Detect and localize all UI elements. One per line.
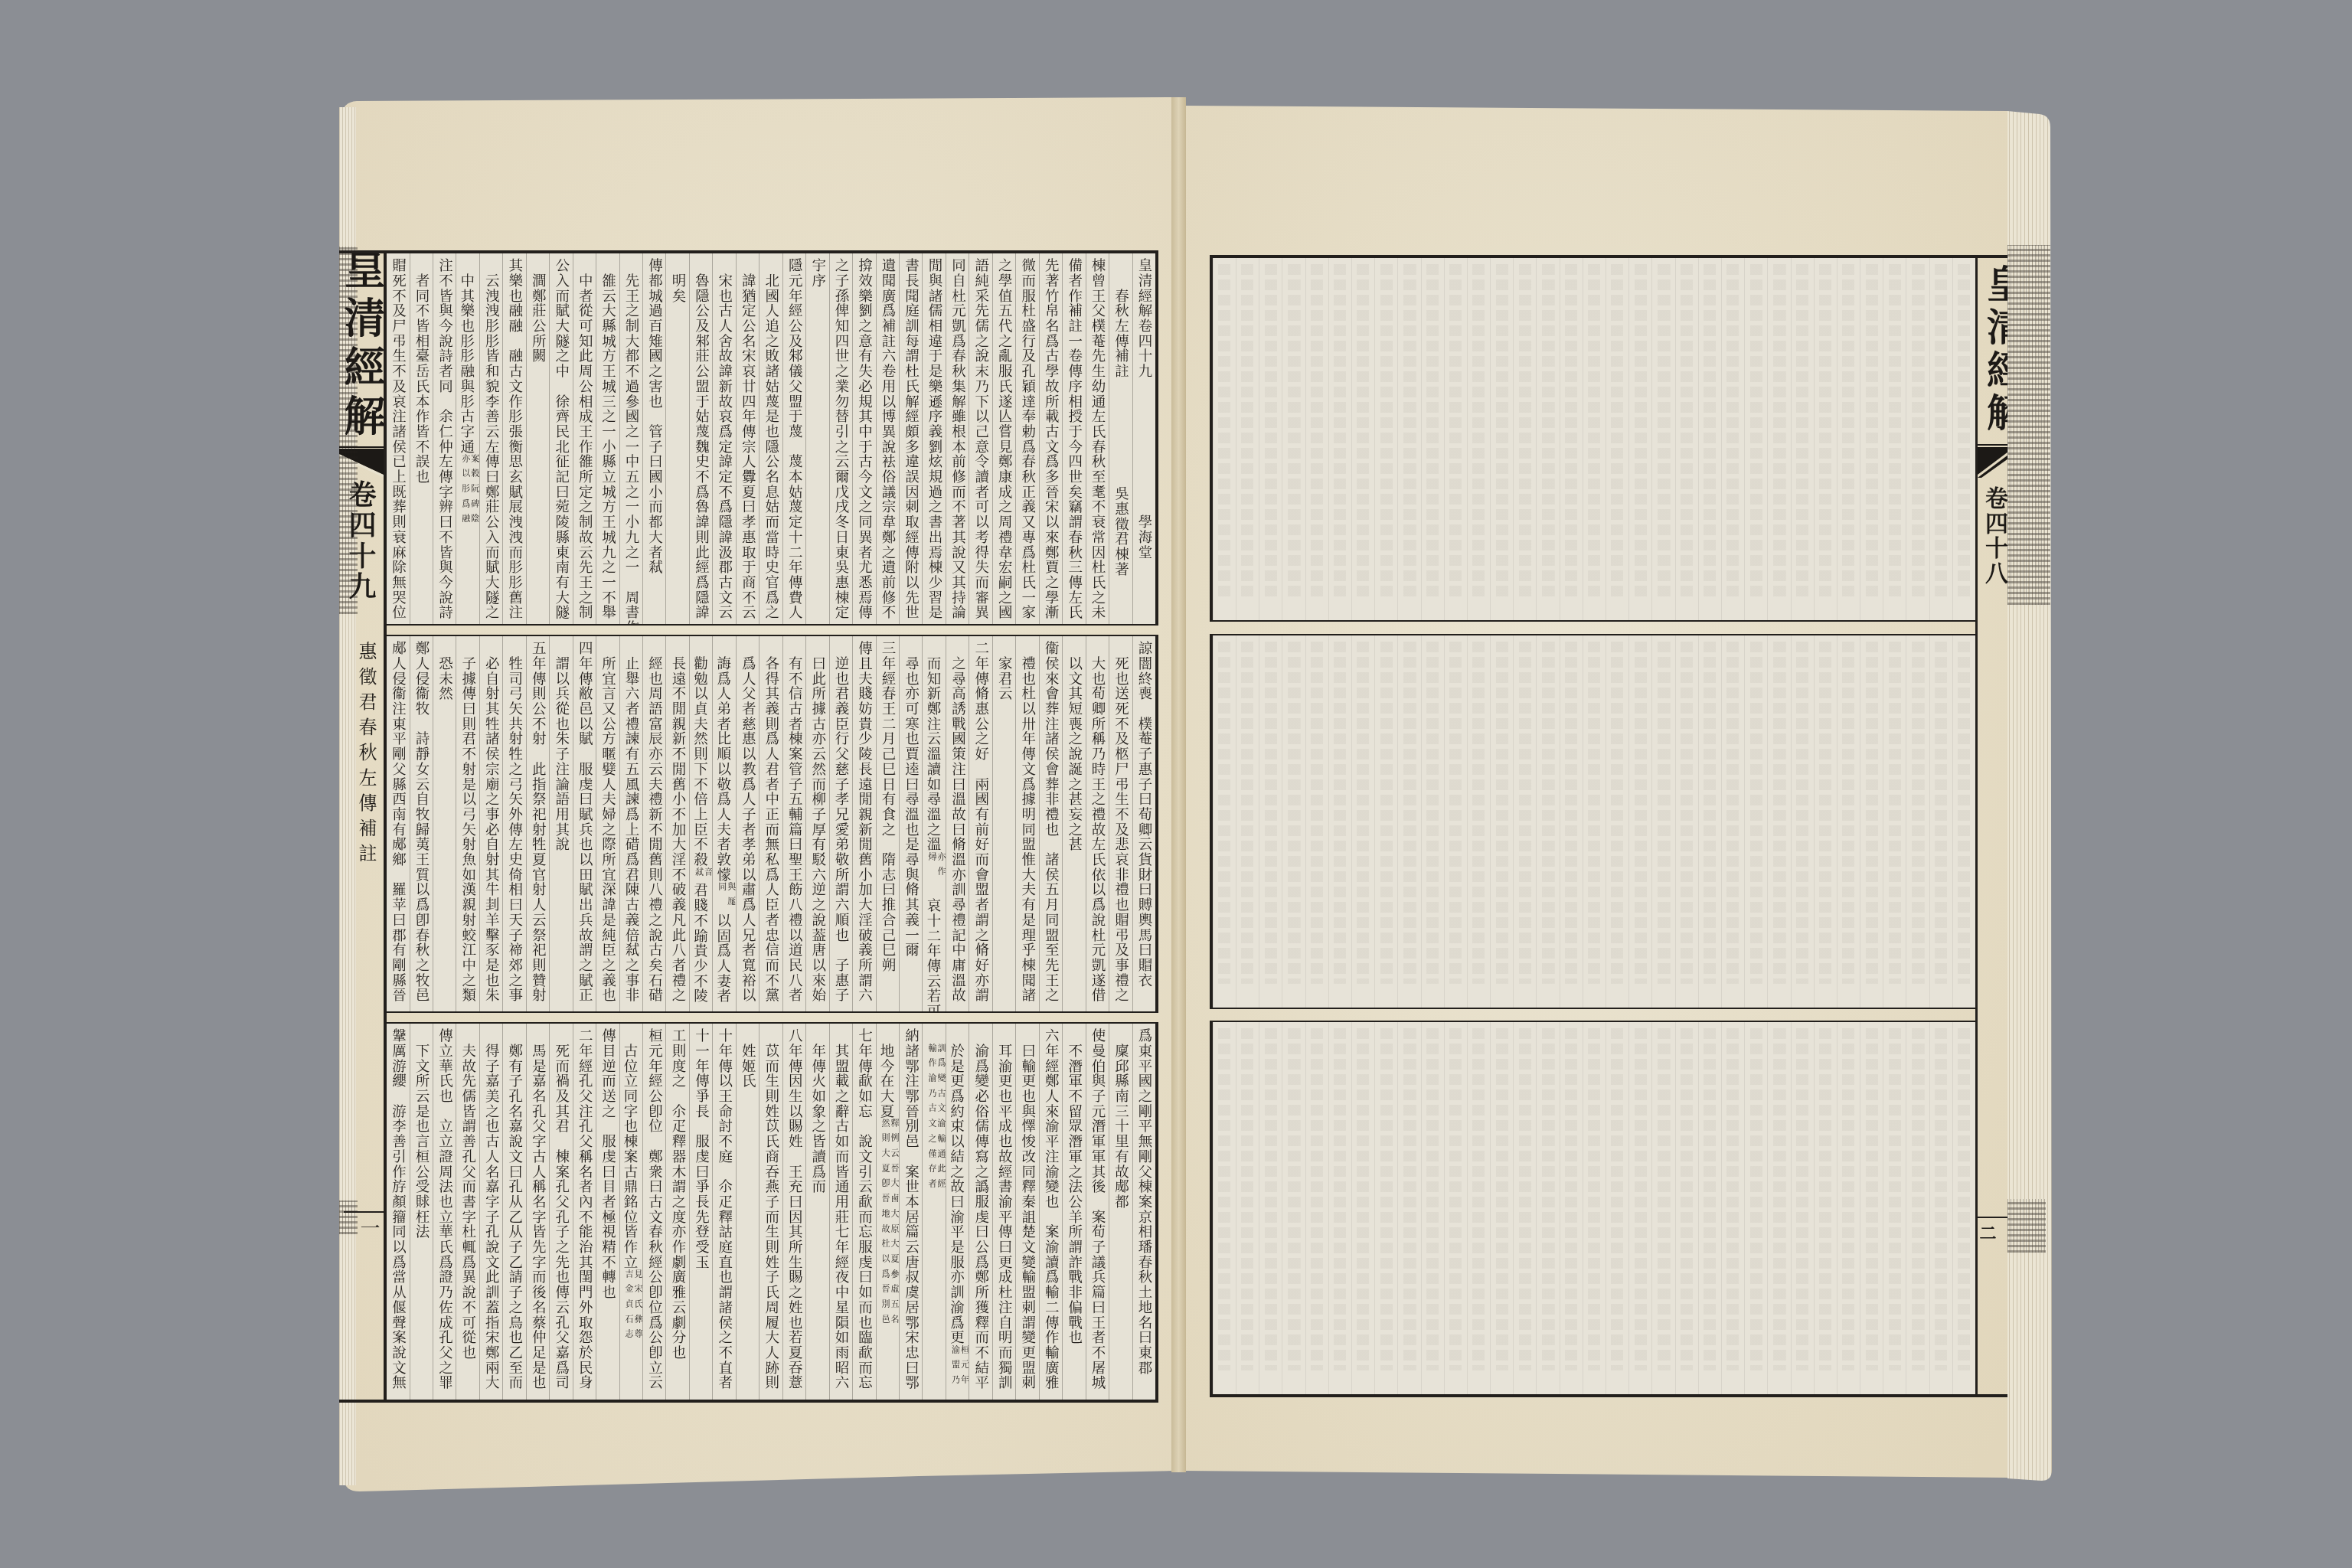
text-column: 宇序 <box>805 253 828 624</box>
text-column: 爲東平國之剛平無剛父棟案京相璠春秋土地名曰東郡 <box>1132 1024 1155 1400</box>
register-middle: 諒闇終喪 樸菴子惠子曰荀卿云貨財曰賻輿馬曰賵衣 死也送死不及柩尸弔生不及悲哀非禮… <box>385 635 1158 1013</box>
text-column <box>1929 258 1952 620</box>
text-column: 澗鄭莊公所闕 <box>526 253 549 624</box>
text-column <box>1651 635 1674 1008</box>
text-column: 子據傳曰則君不射是以弓矢射魚如漢親射蛟江中之類 <box>456 636 479 1011</box>
text-column <box>1606 635 1628 1008</box>
text-column: 爲人父者慈惠以教爲人子者孝弟以肅爲人兄者寬裕以 <box>736 636 759 1011</box>
text-column <box>1351 258 1374 620</box>
text-column: 所宜言又公方暱嬖人夫婦之際所宜深諱是純臣之義也 <box>596 636 619 1011</box>
text-column <box>1744 635 1767 1008</box>
text-column <box>1721 258 1744 620</box>
text-column <box>1490 1022 1513 1394</box>
text-column: 下文所云是也言桓公受賕枉法 <box>410 1024 433 1400</box>
text-column <box>1421 258 1444 620</box>
text-column: 地今在大夏釋例云晉大鹵大原大夏參虛五名然則大夏卽晉地故杜以爲晉別邑 <box>876 1024 899 1400</box>
page-edge-ink-bleed <box>2007 245 2050 605</box>
annotation-note: 案穀阮碑陰亦以肜爲融 <box>461 454 479 531</box>
text-column: 年傳火如象之皆讀爲而 <box>805 1024 828 1400</box>
register-top <box>1210 255 1977 622</box>
text-column <box>1328 1022 1351 1394</box>
text-column <box>1513 1022 1536 1394</box>
text-column <box>1536 1022 1559 1394</box>
column-text: 地今在大夏 <box>878 1028 894 1119</box>
text-column: 魯隱公及邾莊公盟于姑蔑魏史不爲魯諱則此經爲隱諱 <box>689 253 712 624</box>
text-column <box>1791 1022 1814 1394</box>
text-column: 郕人侵衞注東平剛父縣西南有郕鄉 羅苹曰郡有剛縣晉 <box>387 636 409 1011</box>
text-column: 傳立華氏也 立立證周法也立華氏爲證乃佐成孔父之罪 <box>433 1024 456 1400</box>
text-column: 微而服杜盛行及孔穎達奉勅爲春秋正義又專爲杜氏一家 <box>1015 253 1038 624</box>
text-column: 四年傳敝邑以賦 服虔曰賦兵也以田賦出兵故謂之賦正 <box>573 636 596 1011</box>
annotation-note: 音弒 <box>694 867 712 884</box>
text-column: 諒闇終喪 樸菴子惠子曰荀卿云貨財曰賻輿馬曰賵衣 <box>1132 636 1155 1011</box>
text-column <box>1883 258 1906 620</box>
text-column <box>1282 635 1305 1008</box>
text-column <box>1236 1022 1259 1394</box>
text-column <box>1536 258 1559 620</box>
text-column <box>1305 635 1328 1008</box>
text-column: 工則度之 尒疋釋器木謂之度亦作劇廣雅云劇分也 <box>665 1024 688 1400</box>
text-column <box>1860 258 1883 620</box>
text-column: 皇清經解卷四十九學海堂 <box>1132 253 1155 624</box>
text-column: 止舉六者禮諫有五風諫爲上碏爲君陳古義倍弒之事非 <box>619 636 642 1011</box>
text-column: 先著竹帛名爲古學故所載古文爲多晉宋以來鄭賈之學漸 <box>1039 253 1062 624</box>
column-footer-text: 學海堂 <box>1133 514 1155 560</box>
column-text: 中其樂也肜肜融與肜古字通 <box>459 258 475 454</box>
text-column: 春秋左傳補註吳惠徵君棟著 <box>1109 253 1132 624</box>
text-column <box>1328 635 1351 1008</box>
text-column: 衞侯來會葬注諸侯會葬非禮也 諸侯五月同盟至先王之 <box>1039 636 1062 1011</box>
text-column: 而知新鄭注云溫讀如尋溫之溫亦作燖 哀十二年傳云若可 <box>922 636 945 1011</box>
text-column: 雒云大縣城方王城三之一小縣立城方王城九之一不舉 <box>596 253 619 624</box>
text-column: 於是更爲約束以結之故曰渝平是服亦訓渝爲更桓元年渝盟乃 <box>946 1024 969 1400</box>
text-column <box>1860 635 1883 1008</box>
text-column <box>1721 1022 1744 1394</box>
text-column: 之子孫俾知四世之業勿替引之云爾戊戌冬日東吳惠棟定 <box>829 253 852 624</box>
text-column: 遺聞廣爲補註六卷用以博異說袪俗議宗韋鄭之遺前修不 <box>876 253 899 624</box>
text-column: 之尋高誘戰國策注曰溫故曰脩溫亦訓尋禮記中庸溫故 <box>946 636 969 1011</box>
text-column: 備者作補註一卷傳序相授于今四世矣竊謂春秋三傳左氏 <box>1062 253 1085 624</box>
text-column: 者同不皆相臺岳氏本作皆不誤也 <box>410 253 433 624</box>
text-column: 棟曾王父樸菴先生幼通左氏春秋至耄不衰常因杜氏之未 <box>1086 253 1109 624</box>
text-column: 云洩洩肜肜皆和貌李善云左傳曰鄭莊公入而賦大隧之 <box>479 253 502 624</box>
text-column <box>1837 258 1860 620</box>
text-column <box>1814 258 1837 620</box>
text-column: 語純采先儒之說末乃下以己意令讀者可以考得失而審異 <box>969 253 991 624</box>
text-column <box>1490 258 1513 620</box>
column-footer-text: 吳惠徵君棟著 <box>1109 486 1132 577</box>
text-column <box>1952 258 1975 620</box>
text-column <box>1374 1022 1397 1394</box>
fish-tail-icon <box>1978 444 2007 478</box>
text-column: 鄭人侵衞牧 詩靜女云自牧歸荑王質以爲卽春秋之牧邑 <box>410 636 433 1011</box>
text-column <box>1906 635 1929 1008</box>
text-column <box>1467 635 1490 1008</box>
text-column: 各得其義則爲人君者中正而無私爲人臣者忠信而不黨 <box>759 636 782 1011</box>
text-column <box>1767 258 1790 620</box>
text-column: 傳且夫賤妨貴少陵長遠閒親新閒舊小加大淫破義所謂六 <box>852 636 875 1011</box>
text-column: 謂以兵從也朱子注論語用其說 <box>549 636 572 1011</box>
column-text: 哀十二年傳云若可 <box>925 883 941 1011</box>
text-column <box>1952 635 1975 1008</box>
text-column <box>1328 258 1351 620</box>
text-column: 逆也君義臣行父慈子孝兄愛弟敬所謂六順也 子惠子 <box>829 636 852 1011</box>
annotation-note: 訓爲變古文渝輸通此經輸作渝乃古文之僅存者 <box>927 1044 946 1195</box>
text-column <box>1606 258 1628 620</box>
text-column: 先王之制大都不過參國之一中五之一小九之一 周書作 <box>619 253 642 624</box>
text-column: 牲司弓矢共射牲之弓矢外傳左史倚相曰天子禘郊之事 <box>502 636 525 1011</box>
text-column <box>1814 1022 1837 1394</box>
text-column <box>1583 635 1606 1008</box>
text-column: 死而禍及其君 棟案孔父孔子之先也傳云孔父嘉爲司 <box>549 1024 572 1400</box>
text-column: 同自杜元凱爲春秋集解雖根本前修而不著其說又其持論 <box>946 253 969 624</box>
annotation-note: 與厖同 <box>717 882 736 913</box>
text-column <box>1513 258 1536 620</box>
text-column <box>1213 258 1236 620</box>
text-column: 廩邱縣南三十里有故郕都 <box>1109 1024 1132 1400</box>
page-edge-ink-bleed <box>2007 1199 2046 1253</box>
text-column <box>1513 635 1536 1008</box>
annotation-note: 見宋氏彝尊吉金貞石志 <box>624 1269 642 1346</box>
text-column <box>1259 258 1282 620</box>
text-column: 之學值五代之亂服氏遂亾嘗見鄭康成之周禮韋宏嗣之國 <box>992 253 1015 624</box>
text-column <box>1767 1022 1790 1394</box>
text-column <box>1791 258 1814 620</box>
text-column <box>1860 1022 1883 1394</box>
column-text: 古位立同字也棟案古鼎銘位皆作立 <box>622 1028 638 1269</box>
text-column: 二年經孔父注孔父稱名者內不能治其閨門外取怨於民身 <box>573 1024 596 1400</box>
text-column <box>1675 635 1698 1008</box>
text-column: 宋也古人舍故諱新故哀爲定諱定不爲隱諱汲郡古文云 <box>712 253 735 624</box>
text-column: 勸勉以貞夫然則下不倍上臣不殺音弒君賤不踰貴少不陵 <box>689 636 712 1011</box>
page-edge-ink-bleed <box>339 1200 358 1234</box>
text-column <box>1282 258 1305 620</box>
text-column: 注不皆與今說詩者同 余仁仲左傳字辨曰不皆與今說詩 <box>433 253 456 624</box>
text-column: 六年經鄭人來渝平注渝變也 案渝讀爲輸二傳作輸廣雅 <box>1039 1024 1062 1400</box>
text-column: 家君云 <box>992 636 1015 1011</box>
text-column: 恐未然 <box>433 636 456 1011</box>
text-column <box>1883 1022 1906 1394</box>
text-column <box>1397 1022 1420 1394</box>
text-column: 大也荀卿所稱乃時王之禮故左氏依以爲說杜元凱遂借 <box>1086 636 1109 1011</box>
column-text: 誨爲人弟者比順以敬爲人夫者敦懞 <box>715 641 731 882</box>
text-column: 姓姬氏 <box>736 1024 759 1400</box>
text-column: 三年經春王二月己巳日有食之 隋志曰推合己巳朔 <box>876 636 899 1011</box>
text-column: 明矣 <box>665 253 688 624</box>
text-column <box>1397 258 1420 620</box>
text-column <box>1236 635 1259 1008</box>
text-column: 十一年傳爭長 服虔曰爭長先登受玉 <box>689 1024 712 1400</box>
text-column <box>1791 635 1814 1008</box>
text-column <box>1929 635 1952 1008</box>
text-column: 長遠不閒親新不閒舊小不加大淫不破義凡此八者禮之 <box>665 636 688 1011</box>
text-column: 其樂也融融 融古文作肜張衡思玄賦展洩洩而肜肜舊注 <box>502 253 525 624</box>
text-column: 七年傳歃如忘 說文引云歃而忘服虔曰如而也臨歃而忘 <box>852 1024 875 1400</box>
text-column: 諱猶定公名宋哀廿四年傳宗人釁夏曰孝惠取于商不云 <box>736 253 759 624</box>
text-column <box>1744 1022 1767 1394</box>
text-column <box>1444 635 1467 1008</box>
text-column <box>1374 635 1397 1008</box>
register-middle <box>1210 634 1977 1009</box>
text-column <box>1305 1022 1328 1394</box>
text-column <box>1744 258 1767 620</box>
text-column <box>1351 635 1374 1008</box>
text-column <box>1583 1022 1606 1394</box>
text-column <box>1606 1022 1628 1394</box>
text-column <box>1814 635 1837 1008</box>
text-column: 禮也杜以卅年傳文爲據明同盟惟大夫有是理乎棟聞諸 <box>1015 636 1038 1011</box>
register-bottom <box>1210 1021 1977 1397</box>
text-column: 傳目逆而送之 服虔曰目者極視精不轉也 <box>596 1024 619 1400</box>
text-column <box>1421 1022 1444 1394</box>
text-column <box>1952 1022 1975 1394</box>
text-column <box>1213 635 1236 1008</box>
annotation-note: 桓元年渝盟乃 <box>950 1345 969 1391</box>
text-column <box>1906 1022 1929 1394</box>
text-column <box>1560 635 1583 1008</box>
text-column: 公入而賦大隧之中 徐齊民北征記曰菀陵縣東南有大隧 <box>549 253 572 624</box>
text-column: 鄭有子孔名嘉說文曰孔从乙从子乙請子之鳥也乙至而 <box>502 1024 525 1400</box>
annotation-note: 釋例云晉大鹵大原大夏參虛五名然則大夏卽晉地故杜以爲晉別邑 <box>880 1119 899 1331</box>
text-column <box>1213 1022 1236 1394</box>
text-column: 有不信古者棟案管子五輔篇曰聖王飭八禮以道民八者 <box>782 636 805 1011</box>
text-column <box>1698 258 1721 620</box>
column-text: 以固爲人妻者 <box>715 913 731 1004</box>
text-column <box>1628 635 1651 1008</box>
text-column: 誨爲人弟者比順以敬爲人夫者敦懞與厖同以固爲人妻者 <box>712 636 735 1011</box>
text-column: 訓爲變古文渝輸通此經輸作渝乃古文之僅存者 <box>922 1024 945 1400</box>
text-column <box>1721 635 1744 1008</box>
register-top: 皇清經解卷四十九學海堂 春秋左傳補註吳惠徵君棟著棟曾王父樸菴先生幼通左氏春秋至耄… <box>385 250 1158 626</box>
text-column <box>1675 258 1698 620</box>
text-column: 尋也亦可寒也賈逵曰尋溫也是尋與脩其義一爾 <box>899 636 922 1011</box>
banxin-page-number: 一 <box>358 1217 379 1237</box>
text-column <box>1767 635 1790 1008</box>
text-column <box>1421 635 1444 1008</box>
text-column: 閒與諸儒相違于是樂遜序義劉炫規過之書出焉棟少習是 <box>922 253 945 624</box>
text-column <box>1467 258 1490 620</box>
text-column <box>1651 1022 1674 1394</box>
text-column <box>1651 258 1674 620</box>
text-column: 十年傳以王命討不庭 尒疋釋詁庭直也謂諸侯之不直者 <box>712 1024 735 1400</box>
text-column: 賵死不及尸弔生不及哀注諸侯已上既葬則衰麻除無哭位 <box>387 253 409 624</box>
text-column: 納諸鄂注鄂晉別邑 案世本居篇云唐叔虞居鄂宋忠曰鄂 <box>899 1024 922 1400</box>
text-column <box>1698 1022 1721 1394</box>
right-frame-bottom-line <box>1975 1394 2007 1397</box>
text-column: 使曼伯與子元潛軍軍其後 案荀子議兵篇曰王者不屠城 <box>1086 1024 1109 1400</box>
text-column: 得子嘉美之也古人名嘉字子孔說文此訓蓋指宋鄭兩大 <box>479 1024 502 1400</box>
text-column: 其盟載之辭古如而皆通用莊七年經夜中星隕如雨昭六 <box>829 1024 852 1400</box>
column-text: 勸勉以貞夫然則下不倍上臣不殺 <box>691 641 707 867</box>
text-column <box>1628 1022 1651 1394</box>
text-column: 鞶厲游纓 游李善引作斿顏籀同以爲當从偃聲案說文無 <box>387 1024 409 1400</box>
text-column <box>1282 1022 1305 1394</box>
text-column: 經也周語富辰亦云夫禮新不閒舊則八禮之說古矣石碏 <box>642 636 665 1011</box>
text-column: 馬是嘉名孔父字古人稱名字皆先字而後名蔡仲足是也 <box>526 1024 549 1400</box>
banxin-volume-number: 卷四十八 <box>1981 486 2007 586</box>
column-heading-text: 皇清經解卷四十九 <box>1136 258 1152 379</box>
text-column: 揜效樂劉之意有失必規其中于古今文之同異者尤悉焉傳 <box>852 253 875 624</box>
text-column: 曰此所據古亦云然而柳子厚有駁六逆之說葢唐以來始 <box>805 636 828 1011</box>
right-banxin-column: 皇清經解 卷四十八 二 <box>1978 258 2007 1394</box>
text-column <box>1236 258 1259 620</box>
column-text: 於是更爲約束以結之故曰渝平是服亦訓渝爲更 <box>948 1028 964 1345</box>
text-column: 隱元年經公及邾儀父盟于蔑 蔑本姑蔑定十二年傳費人 <box>782 253 805 624</box>
text-column: 中其樂也肜肜融與肜古字通案穀阮碑陰亦以肜爲融 <box>456 253 479 624</box>
text-column <box>1583 258 1606 620</box>
annotation-note: 亦作燖 <box>927 852 946 883</box>
book-gutter <box>1171 97 1186 1472</box>
text-column: 傳都城過百雉國之害也 管子曰國小而都大者弒 <box>642 253 665 624</box>
text-column: 北國人追之敗諸姑蔑是也隱公名息姑而當時史官爲之 <box>759 253 782 624</box>
text-column: 桓元年經公卽位 鄭衆曰古文春秋經公卽位爲公卽立云 <box>642 1024 665 1400</box>
page-edge-ink-bleed <box>339 247 358 614</box>
text-column <box>1259 1022 1282 1394</box>
text-column: 曰輸更也與懌悛改同釋秦詛楚文變輸盟刺謂變更盟刺 <box>1015 1024 1038 1400</box>
banxin-page-number-rule <box>1978 1217 2007 1218</box>
text-column <box>1929 1022 1952 1394</box>
column-text <box>925 1028 941 1044</box>
text-column <box>1444 258 1467 620</box>
text-column <box>1837 635 1860 1008</box>
text-column <box>1560 1022 1583 1394</box>
text-column <box>1351 1022 1374 1394</box>
register-bottom: 爲東平國之剛平無剛父棟案京相璠春秋土地名曰東郡 廩邱縣南三十里有故郕都使曼伯與子… <box>385 1022 1158 1403</box>
text-column <box>1883 635 1906 1008</box>
text-column <box>1536 635 1559 1008</box>
banxin-page-number: 二 <box>1978 1224 1996 1241</box>
text-column <box>1628 258 1651 620</box>
text-column <box>1698 635 1721 1008</box>
text-column <box>1490 635 1513 1008</box>
text-column: 二年傳脩惠公之好 兩國有前好而會盟者謂之脩好亦謂 <box>969 636 991 1011</box>
text-column <box>1675 1022 1698 1394</box>
text-column <box>1305 258 1328 620</box>
banxin-collection-title: 皇清經解 <box>1983 264 2007 436</box>
text-column: 五年傳則公不射 此指祭祀射牲夏官射人云祭祀則贊射 <box>526 636 549 1011</box>
text-column <box>1259 635 1282 1008</box>
text-column <box>1560 258 1583 620</box>
banxin-work-title: 惠徵君春秋左傳補註 <box>356 642 376 869</box>
text-column: 耳渝更也平成也故經書渝平傳曰更成杜注自明而獨訓 <box>992 1024 1015 1400</box>
text-column: 八年傳因生以賜姓 王充曰因其所生賜之姓也若夏吞薏 <box>782 1024 805 1400</box>
text-column: 夫故先儒皆謂善孔父而書字杜輒爲異說不可從也 <box>456 1024 479 1400</box>
text-column <box>1397 635 1420 1008</box>
column-text: 君賤不踰貴少不陵 <box>691 883 707 1004</box>
text-column: 中者從可知此周公相成王作雒所定之制故云先王之制 <box>573 253 596 624</box>
text-column <box>1906 258 1929 620</box>
text-column: 書長聞庭訓每謂杜氏解經頗多違誤因刺取經傳附以先世 <box>899 253 922 624</box>
text-column: 不潛軍不留眾潛軍之法公羊所謂詐戰非偏戰也 <box>1062 1024 1085 1400</box>
left-frame-bottom-line <box>339 1400 387 1403</box>
text-column <box>1837 1022 1860 1394</box>
text-column: 以文其短喪之說誕之甚妄之甚 <box>1062 636 1085 1011</box>
text-column: 死也送死不及柩尸弔生不及悲哀非禮也賵弔及事禮之 <box>1109 636 1132 1011</box>
text-column: 苡而生則姓苡氏商吞燕子而生則姓子氏周履大人跡則 <box>759 1024 782 1400</box>
column-text: 而知新鄭注云溫讀如尋溫之溫 <box>925 641 941 852</box>
text-column <box>1467 1022 1490 1394</box>
text-column: 古位立同字也棟案古鼎銘位皆作立見宋氏彝尊吉金貞石志 <box>619 1024 642 1400</box>
text-column <box>1444 1022 1467 1394</box>
column-heading-text: 春秋左傳補註 <box>1113 258 1129 379</box>
text-column <box>1374 258 1397 620</box>
text-column: 必自射其牲諸侯宗廟之事必自射其牛刲羊擊豕是也朱 <box>479 636 502 1011</box>
text-column: 渝爲變必俗儒傳寫之譌服虔曰公爲鄭所獲釋而不結平 <box>969 1024 991 1400</box>
